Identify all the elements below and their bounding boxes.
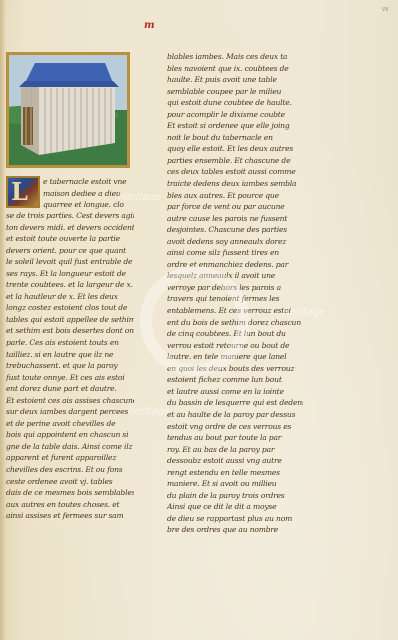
text-line: estoit vng ordre de ces verrous es [167,421,303,433]
text-line: du plain de la paroy trois ordres [167,490,303,502]
text-line: rengt estendu en telle mesmes [167,467,303,479]
text-line: tables qui estoit appellee de sethim. [6,314,134,326]
text-line: et au haulte de la paroy par dessus [167,409,303,421]
text-line: parties ensemble. Et chascune de [167,155,303,167]
text-line: et de perine avoit chevilles de [6,418,134,430]
text-line: traicte dedens deux iambes sembla [167,178,303,190]
text-line: lautre. en tele maniere que lanel [167,351,303,363]
text-line: se de trois parties. Cest devers agin [6,210,134,222]
text-line: maniere. Et si avoit ou millieu [167,478,303,490]
text-line: estoient fichez comme lun bout [167,374,303,386]
text-line: chevilles des escrins. Et ou fons [6,464,134,476]
text-line: de dieu se rapportast plus au nom [167,513,303,525]
text-line: bles navoient que ix. coubtees de [167,63,303,75]
text-line: pour acomplir le dixisme coubte [167,109,303,121]
text-line: roy. Et au bas de la paroy par [167,444,303,456]
text-line: trebuchassent. et que la paroy [6,360,134,372]
text-line: Et estoient ces ais assises chascune [6,395,134,407]
text-line: bre des ordres que au nombre [167,524,303,536]
text-line: et lautre aussi come en la iointe [167,386,303,398]
text-line: ordre et enmanchiez dedens. par [167,259,303,271]
text-line: le soleil levoit quil fust entrable de [6,256,134,268]
initial-block: L e tabernacle estoit vne maison dediee … [6,176,134,210]
text-line: noit le bout du tabernacle en [167,132,303,144]
text-line: avoit dedens soy anneaulx dorez [167,236,303,248]
text-line: entablemens. Et ces verrouz estoi [167,305,303,317]
text-line: autre cause les parois ne fussent [167,213,303,225]
text-line: ces deux tables estoit aussi comme [167,166,303,178]
illuminated-initial: L [6,176,40,208]
text-line: par force de vent ou par aucune [167,201,303,213]
text-line: et sethim est bois desertes dont on [6,325,134,337]
tabernacle-illustration-icon [9,55,127,165]
text-line: dais de ce mesmes bois semblables [6,487,134,499]
initial-letter: L [11,179,28,205]
text-line: ses rays. Et la longueur estoit de [6,268,134,280]
folio-number: vv [382,6,389,13]
text-line: semblable coupee par le milieu [167,86,303,98]
text-line: ainsi come silz fussent tires en [167,247,303,259]
text-line: qui estoit dune coubtee de haulte. [167,97,303,109]
watermark-text: heritage [128,406,170,417]
text-line: en quoi les deux bouts des verrouz [167,363,303,375]
text-line: maison dediee a dieu [43,188,134,200]
tabernacle-miniature [6,52,130,168]
text-line: verrou estoit retourne ou bout de [167,340,303,352]
text-line: apparent et furent apparoillez [6,452,134,464]
text-line: de cinq coubtees. Et lun bout du [167,328,303,340]
text-line: quoy elle estoit. Et les deux autres [167,143,303,155]
text-line: quarree et longue. clo [43,199,134,211]
text-line: sur deux iambes dargent percees [6,406,134,418]
text-line: fust toute onnye. Et ces ais estoi [6,372,134,384]
text-line: et estoit toute ouverte la partie [6,233,134,245]
text-line: parle. Ces ais estoient touts en [6,337,134,349]
text-line: bois qui appointent en chascun si [6,429,134,441]
text-line: tailliez. si en lautre que ilz ne [6,349,134,361]
text-line: dessoubz estoit aussi vng autre [167,455,303,467]
text-line: Et estoit si ordenee que elle joing [167,120,303,132]
text-line: ton devers midi. et devers occident [6,222,134,234]
text-line: lesquelz anneaulx il avoit une [167,270,303,282]
text-line: et la hautleur de x. Et les deux [6,291,134,303]
text-line: trente coubtees. et la largeur de x. [6,279,134,291]
text-line: e tabernacle estoit vne [43,176,134,188]
text-line: devers orient. pour ce que quant [6,245,134,257]
text-line: travers qui tenoient fermes les [167,293,303,305]
text-line: ent dorez dune part et dautre. [6,383,134,395]
rubric-mark: m [144,20,155,31]
text-line: Ainsi que ce dit le dit a moyse [167,501,303,513]
manuscript-page: vv m [0,0,398,640]
text-line: blables iambes. Mais ces deux ta [167,51,303,63]
text-line: aux autres en toutes choses. et [6,499,134,511]
text-line: du bassin de lesquerre qui est dedens [167,397,303,409]
text-line: ent du bois de sethim dorez chascun [167,317,303,329]
text-line: ainsi assises et fermees sur sam [6,510,134,522]
right-text-column: blables iambes. Mais ces deux ta bles na… [167,51,303,536]
text-line: ceste ordenee avoit vj. tables [6,476,134,488]
text-line: haulte. Et puis avoit une table [167,74,303,86]
text-line: verroye par dehors les parois a [167,282,303,294]
left-text-column: L e tabernacle estoit vne maison dediee … [6,176,134,522]
text-line: tendus au bout par toute la par [167,432,303,444]
text-line: bles aux autres. Et pource que [167,190,303,202]
text-line: longz costez estoient clos tout de [6,302,134,314]
text-line: desjointes. Chascune des parties [167,224,303,236]
text-line: gne de la table dais. Ainsi come ilz [6,441,134,453]
